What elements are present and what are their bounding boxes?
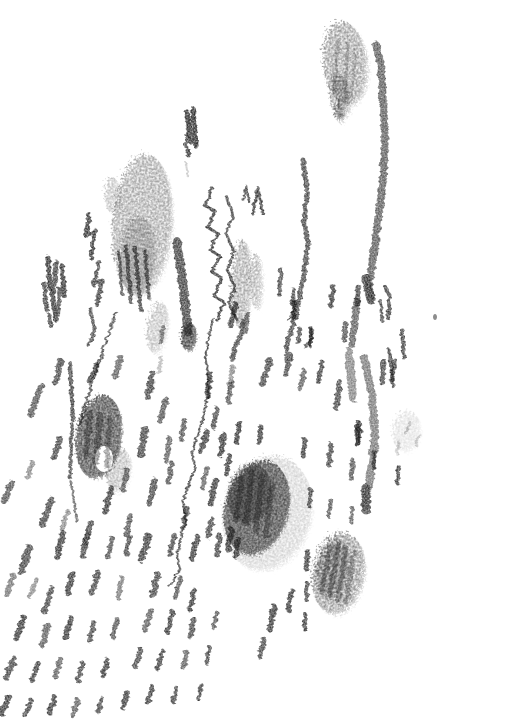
dash-stroke [357, 423, 359, 441]
smudge-blob [335, 101, 345, 123]
dash-stroke [351, 508, 352, 522]
dash-stroke [298, 329, 300, 343]
dash-stroke [211, 480, 216, 503]
dash-stroke [220, 435, 223, 455]
charcoal-stroke [243, 186, 249, 202]
dash-stroke [44, 589, 51, 612]
dash-stroke [226, 456, 229, 474]
dash-stroke [140, 429, 145, 454]
charcoal-sketch-drawing [0, 0, 516, 720]
dash-stroke [65, 618, 70, 637]
dash-stroke [89, 365, 97, 381]
dash-stroke [150, 480, 155, 503]
dash-stroke [123, 692, 127, 707]
dash-stroke [318, 362, 321, 382]
dash-stroke [344, 324, 345, 340]
dash-stroke [175, 578, 180, 597]
dash-stroke [55, 361, 61, 382]
dash-stroke [286, 349, 288, 361]
dash-stroke [141, 537, 148, 560]
charcoal-stroke [205, 188, 224, 320]
charcoal-stroke [70, 424, 72, 478]
dash-stroke [62, 511, 68, 528]
dash-stroke [126, 515, 130, 535]
dash-strokes-layer [1, 270, 420, 716]
dash-stroke [357, 287, 359, 305]
charcoal-stroke [253, 188, 263, 214]
dash-stroke [168, 463, 171, 483]
dash-stroke [82, 534, 88, 555]
dash-stroke [392, 360, 395, 380]
charcoal-stroke [49, 315, 51, 326]
dash-stroke [183, 508, 187, 528]
charcoal-stroke [70, 363, 73, 420]
dash-stroke [67, 573, 72, 592]
dash-stroke [236, 539, 239, 557]
charcoal-stroke [96, 415, 100, 462]
dash-stroke [329, 445, 331, 465]
dash-stroke [306, 584, 307, 600]
dash-stroke [113, 619, 117, 637]
dash-stroke [57, 533, 63, 556]
dash-stroke [166, 439, 170, 461]
charcoal-stroke [54, 262, 56, 292]
dash-stroke [103, 660, 107, 675]
dash-stroke [16, 618, 24, 638]
dash-stroke [126, 536, 130, 554]
dash-stroke [397, 467, 398, 483]
dash-stroke [382, 361, 384, 383]
dash-stroke [169, 535, 174, 554]
sketch-page [0, 0, 516, 720]
dash-stroke [331, 286, 333, 306]
charcoal-stroke [385, 287, 390, 318]
dash-stroke [108, 538, 112, 558]
dash-stroke [207, 647, 210, 663]
dash-stroke [118, 578, 122, 598]
dash-stroke [270, 607, 275, 629]
dash-stroke [329, 500, 331, 516]
dash-stroke [228, 530, 231, 550]
smudge-blob [433, 314, 437, 320]
dash-stroke [233, 344, 236, 360]
dash-stroke [21, 548, 29, 573]
charcoal-stroke [177, 242, 188, 332]
dash-stroke [262, 360, 270, 384]
dash-stroke [309, 490, 310, 506]
dash-stroke [42, 626, 48, 645]
charcoal-stroke [169, 318, 213, 586]
dash-stroke [49, 698, 54, 713]
dash-stroke [152, 574, 158, 595]
dash-stroke [32, 664, 38, 681]
dash-stroke [160, 399, 166, 420]
dash-stroke [43, 500, 52, 524]
dash-stroke [183, 652, 186, 668]
smudge-blob [105, 178, 121, 214]
dash-stroke [190, 619, 194, 637]
charcoal-stroke [352, 302, 357, 345]
dash-stroke [310, 330, 311, 344]
dash-stroke [288, 590, 291, 610]
charcoal-stroke [366, 278, 371, 300]
dash-stroke [145, 611, 151, 630]
dash-stroke [4, 483, 12, 501]
charcoal-stroke [52, 292, 56, 320]
charcoal-stroke [193, 109, 196, 146]
dash-stroke [98, 698, 102, 712]
dash-stroke [397, 442, 399, 454]
charcoal-stroke [58, 290, 60, 315]
dash-stroke [236, 422, 239, 442]
dash-stroke [208, 519, 212, 537]
dash-stroke [193, 537, 198, 559]
charcoal-stroke [186, 163, 188, 177]
charcoal-stroke [44, 283, 47, 310]
dash-stroke [203, 468, 207, 488]
dash-stroke [304, 615, 305, 629]
dash-stroke [351, 461, 353, 479]
dash-stroke [201, 433, 207, 452]
charcoal-stroke [380, 300, 383, 322]
charcoal-stroke [402, 330, 404, 358]
dash-stroke [173, 688, 177, 702]
dash-stroke [92, 572, 98, 593]
dash-stroke [90, 623, 95, 640]
dash-stroke [279, 270, 281, 295]
charcoal-stroke [48, 258, 50, 288]
charcoal-stroke [86, 412, 90, 455]
dash-stroke [105, 488, 111, 511]
dash-stroke [27, 463, 32, 477]
dash-stroke [199, 685, 202, 699]
dash-stroke [214, 612, 217, 628]
charcoal-stroke [71, 482, 77, 522]
dash-stroke [1, 697, 9, 713]
dash-stroke [208, 373, 211, 397]
dash-stroke [228, 382, 231, 402]
smudge-blob [144, 301, 171, 355]
dash-stroke [54, 439, 60, 458]
dash-stroke [292, 290, 293, 304]
charcoal-stroke [369, 45, 385, 298]
dash-stroke [303, 440, 304, 456]
dash-stroke [148, 687, 153, 702]
dash-stroke [55, 659, 61, 676]
smudge-blob [251, 254, 263, 310]
charcoal-stroke [86, 214, 95, 258]
dash-stroke [246, 313, 249, 331]
dash-stroke [25, 701, 31, 716]
dash-stroke [159, 357, 162, 373]
dash-stroke [190, 590, 194, 610]
dash-stroke [31, 386, 41, 414]
dash-stroke [306, 551, 308, 569]
dash-stroke [260, 639, 265, 656]
dash-stroke [73, 700, 78, 715]
charcoal-stroke [349, 352, 353, 398]
dash-stroke [115, 357, 120, 376]
charcoal-stroke [62, 266, 64, 296]
charcoal-stroke [88, 308, 95, 345]
dash-stroke [300, 371, 304, 389]
dash-stroke [135, 649, 141, 666]
dash-stroke [213, 409, 216, 427]
dash-stroke [78, 663, 83, 680]
dash-stroke [216, 535, 219, 555]
dash-stroke [6, 659, 14, 677]
dash-stroke [373, 452, 374, 468]
dash-stroke [181, 420, 184, 440]
dash-stroke [167, 612, 172, 631]
dash-stroke [336, 383, 339, 408]
dash-stroke [161, 327, 164, 343]
dash-stroke [7, 576, 14, 595]
dash-stroke [158, 651, 163, 668]
charcoal-stroke [94, 262, 102, 305]
dash-stroke [259, 427, 261, 443]
dash-stroke [30, 580, 36, 597]
